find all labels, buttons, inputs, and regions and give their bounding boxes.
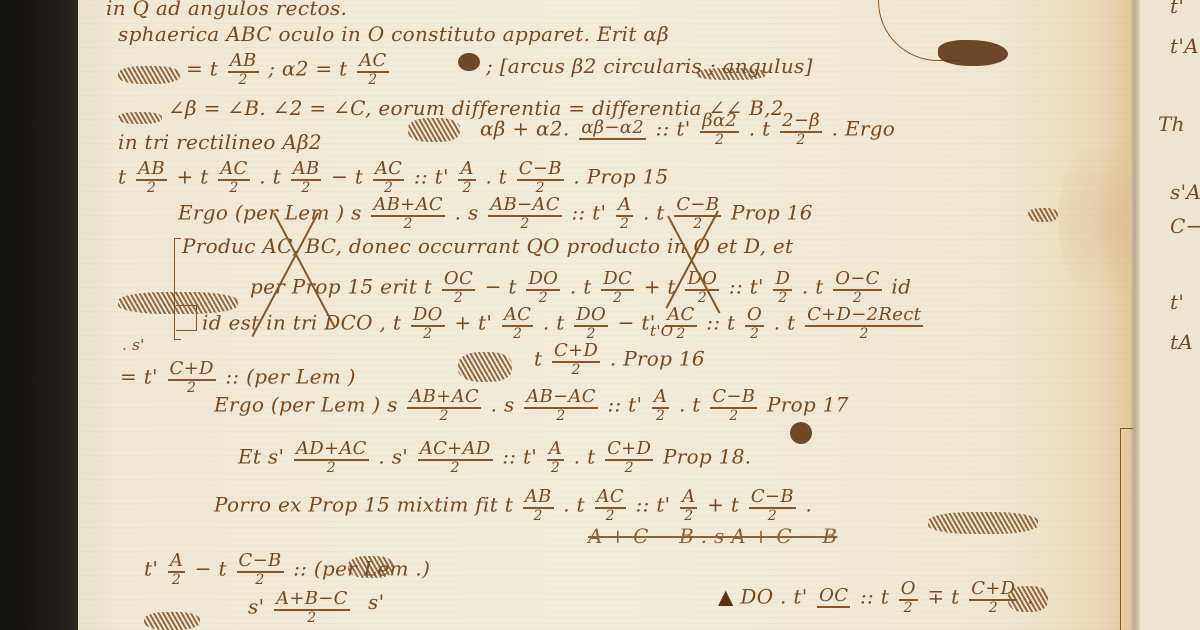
fraction: OC bbox=[817, 587, 850, 608]
fraction: DO2 bbox=[526, 270, 560, 306]
book-spine-shadow bbox=[0, 0, 78, 630]
facing-text: t' bbox=[1170, 290, 1184, 314]
facing-page: t' t'A Th s'A C− t' tA bbox=[1140, 0, 1200, 630]
fraction: A2 bbox=[547, 440, 564, 476]
fraction: AC2 bbox=[595, 488, 626, 524]
fraction: OC2 bbox=[442, 270, 475, 306]
fraction: βα22 bbox=[700, 112, 739, 148]
equation-line: Porro ex Prop 15 mixtim fit t AB2 . t AC… bbox=[214, 488, 812, 524]
equation-line: ▲ DO . t' OC :: t O2 ∓ t C+D2 . bbox=[718, 580, 1034, 616]
scribble-deletion bbox=[928, 512, 1038, 534]
margin-note: . s' bbox=[122, 336, 145, 354]
scribble-deletion bbox=[458, 352, 512, 382]
fraction: AB2 bbox=[228, 52, 259, 88]
fraction: AB−AC2 bbox=[524, 388, 598, 424]
equation-line: t C+D2 . Prop 16 bbox=[534, 342, 705, 378]
fraction: O2 bbox=[899, 580, 918, 616]
fraction: A2 bbox=[616, 196, 633, 232]
scribble-deletion bbox=[118, 66, 180, 84]
fraction: DC2 bbox=[601, 270, 634, 306]
equation-line: Ergo (per Lem ) s AB+AC2 . s AB−AC2 :: t… bbox=[214, 388, 849, 424]
equation-line: Et s' AD+AC2 . s' AC+AD2 :: t' A2 . t C+… bbox=[238, 440, 751, 476]
fraction: DO2 bbox=[411, 306, 445, 342]
fraction: A2 bbox=[458, 160, 475, 196]
fraction: C+D2 bbox=[168, 360, 216, 396]
scribble-deletion bbox=[696, 68, 766, 80]
scribble-deletion bbox=[1008, 586, 1048, 612]
fraction: 2−β2 bbox=[780, 112, 822, 148]
equation-line: id est in tri DCO , t DO2 + t' AC2 . t D… bbox=[202, 306, 926, 342]
facing-text: t'A bbox=[1170, 34, 1199, 58]
fraction: C−B2 bbox=[749, 488, 796, 524]
fraction: AC+AD2 bbox=[418, 440, 493, 476]
fraction: AB2 bbox=[523, 488, 554, 524]
facing-text: s'A bbox=[1170, 180, 1200, 204]
facing-text: t' bbox=[1170, 0, 1184, 18]
manuscript-page: in Q ad angulos rectos. sphaerica ABC oc… bbox=[78, 0, 1130, 630]
fraction: D2 bbox=[773, 270, 792, 306]
equation-line: αβ + α2. αβ−α2 :: t' βα22 . t 2−β2 . Erg… bbox=[480, 112, 895, 148]
fraction: C−B2 bbox=[237, 552, 284, 588]
margin-frame bbox=[1120, 428, 1133, 630]
scribble-deletion bbox=[1028, 208, 1058, 222]
equation-line: s' A+B−C2 bbox=[248, 590, 353, 626]
struck-text: A + C − B . s A + C − B bbox=[588, 524, 837, 548]
fraction: C+D−2Rect2 bbox=[805, 306, 923, 342]
fraction: O−C2 bbox=[833, 270, 882, 306]
ink-blot bbox=[458, 53, 480, 71]
fraction: C+D2 bbox=[552, 342, 600, 378]
facing-text: Th bbox=[1158, 112, 1185, 136]
fraction: AC2 bbox=[502, 306, 533, 342]
fraction: αβ−α2 bbox=[579, 119, 646, 140]
text-line: in Q ad angulos rectos. bbox=[106, 0, 347, 20]
fraction: C−B2 bbox=[710, 388, 757, 424]
fraction: C−B2 bbox=[517, 160, 564, 196]
fraction: C+D2 bbox=[605, 440, 653, 476]
text-line: s' bbox=[368, 590, 384, 614]
ink-blot bbox=[938, 40, 1008, 66]
fraction: AC2 bbox=[357, 52, 388, 88]
equation-line: = t AB2 ; α2 = t AC2 bbox=[186, 52, 392, 88]
fraction: A2 bbox=[680, 488, 697, 524]
text-line: sphaerica ABC oculo in O constituto appa… bbox=[118, 22, 669, 46]
fraction: DO2 bbox=[574, 306, 608, 342]
scribble-deletion bbox=[408, 118, 460, 142]
fraction: A+B−C2 bbox=[274, 590, 350, 626]
fraction: AD+AC2 bbox=[294, 440, 369, 476]
facing-text: C− bbox=[1170, 214, 1200, 238]
fraction: AB2 bbox=[136, 160, 167, 196]
fraction: AB+AC2 bbox=[371, 196, 445, 232]
fraction: O2 bbox=[745, 306, 764, 342]
equation-line: per Prop 15 erit t OC2 − t DO2 . t DC2 +… bbox=[250, 270, 911, 306]
superscript-note: t'O bbox=[650, 322, 673, 340]
text-line: in tri rectilineo Aβ2 bbox=[118, 130, 322, 154]
margin-bracket bbox=[176, 305, 197, 331]
fraction: A2 bbox=[652, 388, 669, 424]
fraction: AC2 bbox=[373, 160, 404, 196]
fraction: AB−AC2 bbox=[488, 196, 562, 232]
fraction: A2 bbox=[168, 552, 185, 588]
scribble-deletion bbox=[144, 612, 200, 630]
fraction: AB2 bbox=[291, 160, 322, 196]
equation-line: t AB2 + t AC2 . t AB2 − t AC2 :: t' A2 .… bbox=[118, 160, 669, 196]
scribble-deletion bbox=[348, 556, 394, 578]
ink-blot bbox=[790, 422, 812, 444]
scribble-deletion bbox=[118, 112, 162, 124]
fraction: AC2 bbox=[218, 160, 249, 196]
facing-text: tA bbox=[1170, 330, 1193, 354]
fraction: AB+AC2 bbox=[407, 388, 481, 424]
